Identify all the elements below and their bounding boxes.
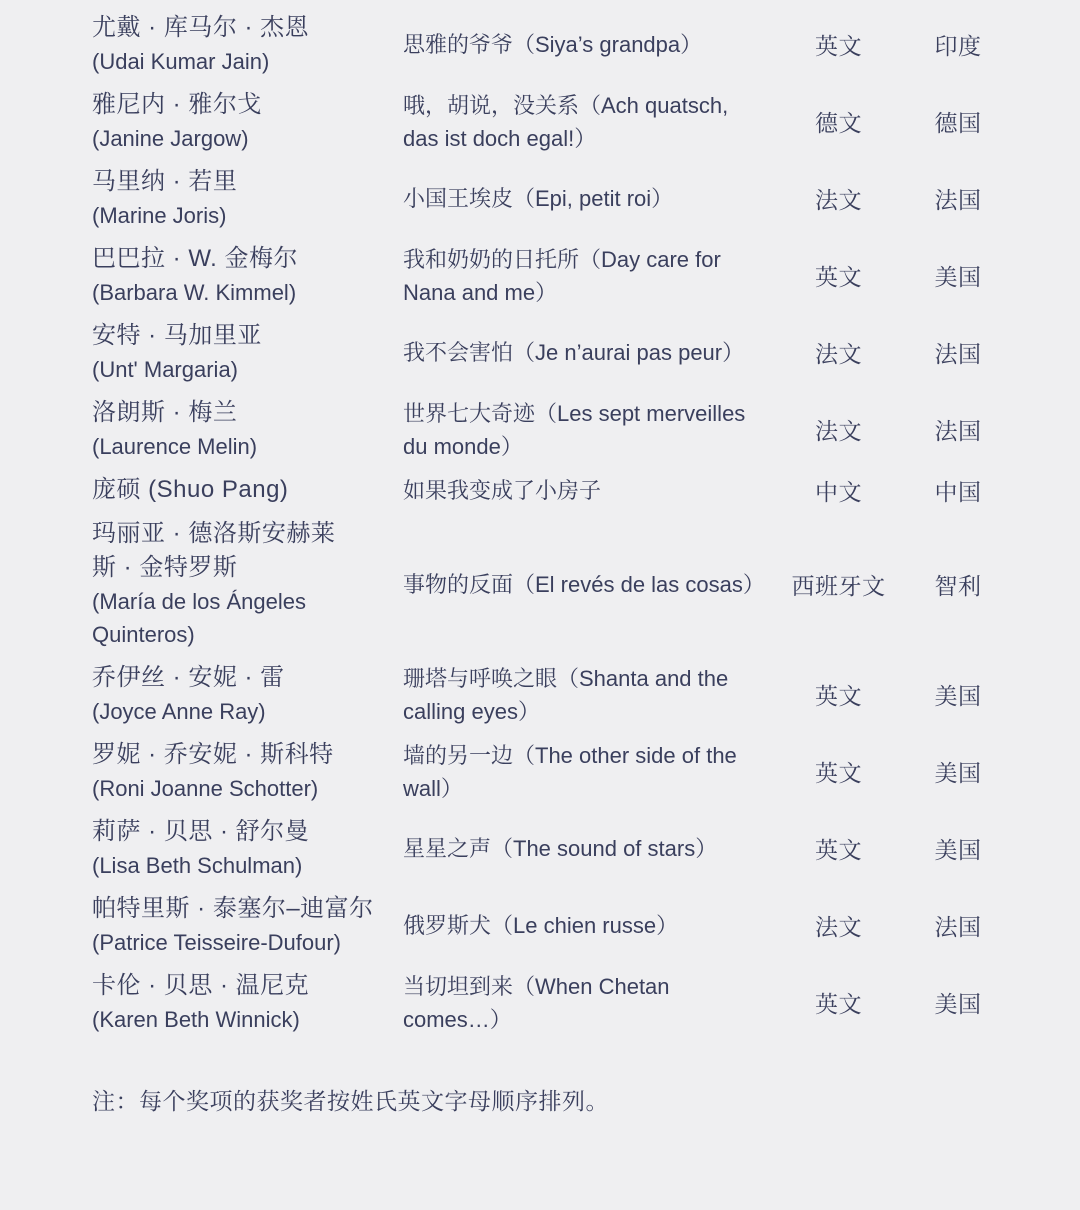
author-cell: 洛朗斯 · 梅兰 (Laurence Melin) [92,396,403,463]
author-cell: 安特 · 马加里亚 (Unt' Margaria) [92,319,403,386]
table-row: 乔伊丝 · 安妮 · 雷 (Joyce Anne Ray) 珊塔与呼唤之眼（Sh… [92,656,1030,733]
author-name-en: (María de los Ángeles Quinteros) [92,585,393,651]
language-label: 英文 [771,832,906,865]
author-cell: 罗妮 · 乔安妮 · 斯科特 (Roni Joanne Schotter) [92,738,403,805]
author-name-en: (Joyce Anne Ray) [92,695,393,728]
country-label: 智利 [906,568,1010,601]
language-label: 英文 [771,259,906,292]
country-label: 美国 [906,259,1010,292]
book-title: 我不会害怕（Je n’aurai pas peur） [403,336,771,369]
table-row: 罗妮 · 乔安妮 · 斯科特 (Roni Joanne Schotter) 墙的… [92,733,1030,810]
book-title: 如果我变成了小房子 [403,474,771,507]
language-label: 法文 [771,336,906,369]
language-label: 法文 [771,182,906,215]
author-cell: 玛丽亚 · 德洛斯安赫莱 斯 · 金特罗斯 (María de los Ánge… [92,517,403,651]
book-title: 事物的反面（El revés de las cosas） [403,568,771,601]
table-row: 马里纳 · 若里 (Marine Joris) 小国王埃皮（Epi, petit… [92,160,1030,237]
table-row: 玛丽亚 · 德洛斯安赫莱 斯 · 金特罗斯 (María de los Ánge… [92,512,1030,656]
author-cell: 尤戴 · 库马尔 · 杰恩 (Udai Kumar Jain) [92,11,403,78]
author-name-en: (Unt' Margaria) [92,353,393,386]
author-name-zh: 帕特里斯 · 泰塞尔–迪富尔 [92,892,393,926]
author-name-zh: 莉萨 · 贝思 · 舒尔曼 [92,815,393,849]
author-cell: 帕特里斯 · 泰塞尔–迪富尔 (Patrice Teisseire-Dufour… [92,892,403,959]
author-name-en: (Lisa Beth Schulman) [92,849,393,882]
language-label: 西班牙文 [771,568,906,601]
author-cell: 马里纳 · 若里 (Marine Joris) [92,165,403,232]
author-cell: 巴巴拉 · W. 金梅尔 (Barbara W. Kimmel) [92,242,403,309]
awards-table: 尤戴 · 库马尔 · 杰恩 (Udai Kumar Jain) 思雅的爷爷（Si… [92,6,1030,1041]
book-title: 思雅的爷爷（Siya’s grandpa） [403,28,771,61]
country-label: 法国 [906,413,1010,446]
author-name-zh: 卡伦 · 贝思 · 温尼克 [92,969,393,1003]
book-title: 珊塔与呼唤之眼（Shanta and the calling eyes） [403,662,771,728]
author-name-zh: 乔伊丝 · 安妮 · 雷 [92,661,393,695]
country-label: 法国 [906,182,1010,215]
table-row: 安特 · 马加里亚 (Unt' Margaria) 我不会害怕（Je n’aur… [92,314,1030,391]
author-name-zh: 巴巴拉 · W. 金梅尔 [92,242,393,276]
country-label: 法国 [906,909,1010,942]
author-name-en: (Barbara W. Kimmel) [92,276,393,309]
author-name-zh: 马里纳 · 若里 [92,165,393,199]
page: 尤戴 · 库马尔 · 杰恩 (Udai Kumar Jain) 思雅的爷爷（Si… [0,0,1080,1118]
language-label: 英文 [771,28,906,61]
country-label: 美国 [906,986,1010,1019]
author-cell: 雅尼内 · 雅尔戈 (Janine Jargow) [92,88,403,155]
table-row: 莉萨 · 贝思 · 舒尔曼 (Lisa Beth Schulman) 星星之声（… [92,810,1030,887]
author-cell: 卡伦 · 贝思 · 温尼克 (Karen Beth Winnick) [92,969,403,1036]
table-row: 洛朗斯 · 梅兰 (Laurence Melin) 世界七大奇迹（Les sep… [92,391,1030,468]
author-name-en: (Karen Beth Winnick) [92,1003,393,1036]
author-name-en: (Udai Kumar Jain) [92,45,393,78]
footnote: 注：每个奖项的获奖者按姓氏英文字母顺序排列。 [92,1085,1030,1118]
author-name-zh: 玛丽亚 · 德洛斯安赫莱 斯 · 金特罗斯 [92,517,393,585]
book-title: 当切坦到来（When Chetan comes…） [403,970,771,1036]
author-name-en: (Laurence Melin) [92,430,393,463]
country-label: 中国 [906,474,1010,507]
author-cell: 庞硕 (Shuo Pang) [92,473,403,507]
table-row: 尤戴 · 库马尔 · 杰恩 (Udai Kumar Jain) 思雅的爷爷（Si… [92,6,1030,83]
book-title: 俄罗斯犬（Le chien russe） [403,909,771,942]
author-name-en: (Patrice Teisseire-Dufour) [92,926,393,959]
author-name-en: (Roni Joanne Schotter) [92,772,393,805]
author-name-zh: 洛朗斯 · 梅兰 [92,396,393,430]
author-name-en: (Marine Joris) [92,199,393,232]
table-row: 巴巴拉 · W. 金梅尔 (Barbara W. Kimmel) 我和奶奶的日托… [92,237,1030,314]
language-label: 英文 [771,678,906,711]
table-row: 雅尼内 · 雅尔戈 (Janine Jargow) 哦，胡说，没关系（Ach q… [92,83,1030,160]
table-row: 庞硕 (Shuo Pang) 如果我变成了小房子 中文 中国 [92,468,1030,512]
author-name-zh: 庞硕 (Shuo Pang) [92,473,393,507]
book-title: 世界七大奇迹（Les sept merveilles du monde） [403,397,771,463]
author-cell: 莉萨 · 贝思 · 舒尔曼 (Lisa Beth Schulman) [92,815,403,882]
book-title: 哦，胡说，没关系（Ach quatsch, das ist doch egal!… [403,89,771,155]
country-label: 美国 [906,755,1010,788]
book-title: 小国王埃皮（Epi, petit roi） [403,182,771,215]
language-label: 法文 [771,413,906,446]
author-name-en: (Janine Jargow) [92,122,393,155]
country-label: 美国 [906,678,1010,711]
country-label: 法国 [906,336,1010,369]
country-label: 印度 [906,28,1010,61]
country-label: 德国 [906,105,1010,138]
author-name-zh: 雅尼内 · 雅尔戈 [92,88,393,122]
author-name-zh: 安特 · 马加里亚 [92,319,393,353]
language-label: 英文 [771,986,906,1019]
table-row: 卡伦 · 贝思 · 温尼克 (Karen Beth Winnick) 当切坦到来… [92,964,1030,1041]
table-row: 帕特里斯 · 泰塞尔–迪富尔 (Patrice Teisseire-Dufour… [92,887,1030,964]
language-label: 德文 [771,105,906,138]
country-label: 美国 [906,832,1010,865]
language-label: 英文 [771,755,906,788]
book-title: 星星之声（The sound of stars） [403,832,771,865]
author-name-zh: 尤戴 · 库马尔 · 杰恩 [92,11,393,45]
author-cell: 乔伊丝 · 安妮 · 雷 (Joyce Anne Ray) [92,661,403,728]
language-label: 法文 [771,909,906,942]
language-label: 中文 [771,474,906,507]
book-title: 墙的另一边（The other side of the wall） [403,739,771,805]
book-title: 我和奶奶的日托所（Day care for Nana and me） [403,243,771,309]
author-name-zh: 罗妮 · 乔安妮 · 斯科特 [92,738,393,772]
